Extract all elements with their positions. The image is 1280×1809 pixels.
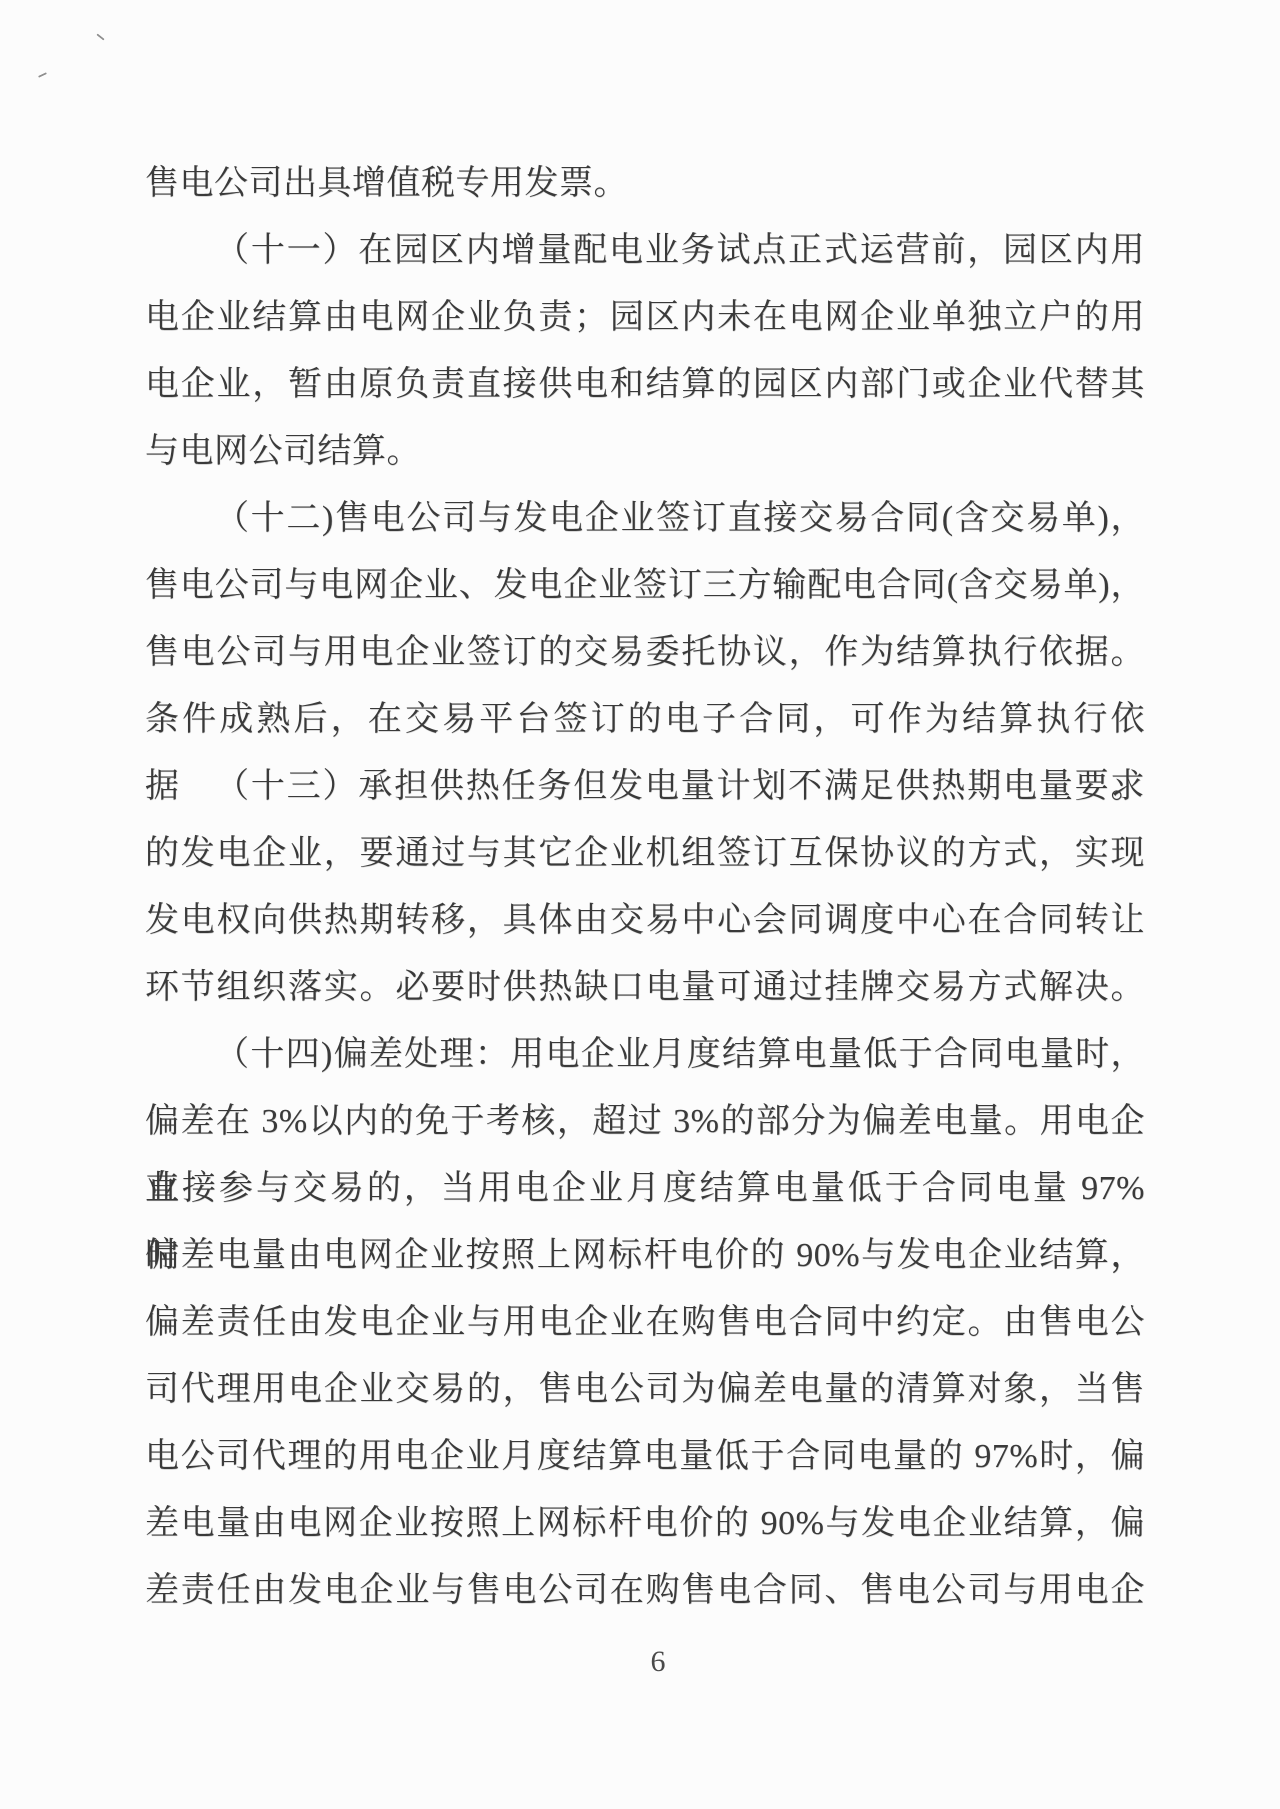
text-line-section-11: （十一）在园区内增量配电业务试点正式运营前，园区内用 (145, 217, 1145, 284)
text-line-section-12: （十二)售电公司与发电企业签订直接交易合同(含交易单)， (145, 485, 1145, 552)
text-line: 环节组织落实。必要时供热缺口电量可通过挂牌交易方式解决。 (145, 954, 1145, 1021)
text-line: 条件成熟后，在交易平台签订的电子合同，可作为结算执行依据。 (145, 686, 1145, 753)
document-page: 售电公司出具增值税专用发票。 （十一）在园区内增量配电业务试点正式运营前，园区内… (0, 0, 1280, 1809)
text-line: 电公司代理的用电企业月度结算电量低于合同电量的 97%时，偏 (145, 1423, 1145, 1490)
text-line: 电企业结算由电网企业负责；园区内未在电网企业单独立户的用 (145, 284, 1145, 351)
text-line: 的发电企业，要通过与其它企业机组签订互保协议的方式，实现 (145, 820, 1145, 887)
text-line: 售电公司与电网企业、发电企业签订三方输配电合同(含交易单)， (145, 552, 1145, 619)
text-line: 售电公司与用电企业签订的交易委托协议，作为结算执行依据。 (145, 619, 1145, 686)
scan-speck (96, 33, 104, 40)
text-line: 发电权向供热期转移，具体由交易中心会同调度中心在合同转让 (145, 887, 1145, 954)
scan-speck (38, 72, 47, 78)
text-line-section-14: （十四)偏差处理：用电企业月度结算电量低于合同电量时， (145, 1021, 1145, 1088)
text-line: 售电公司出具增值税专用发票。 (145, 150, 1145, 217)
text-line: 偏差在 3%以内的免于考核，超过 3%的部分为偏差电量。用电企业 (145, 1088, 1145, 1155)
text-line: 直接参与交易的，当用电企业月度结算电量低于合同电量 97%时， (145, 1155, 1145, 1222)
body-text: 售电公司出具增值税专用发票。 （十一）在园区内增量配电业务试点正式运营前，园区内… (145, 150, 1145, 1624)
text-line: 偏差电量由电网企业按照上网标杆电价的 90%与发电企业结算， (145, 1222, 1145, 1289)
text-line: 与电网公司结算。 (145, 418, 1145, 485)
text-line-section-13: （十三）承担供热任务但发电量计划不满足供热期电量要求 (145, 753, 1145, 820)
page-number: 6 (628, 1645, 688, 1679)
text-line: 偏差责任由发电企业与用电企业在购售电合同中约定。由售电公 (145, 1289, 1145, 1356)
text-line: 电企业，暂由原负责直接供电和结算的园区内部门或企业代替其 (145, 351, 1145, 418)
text-line: 差责任由发电企业与售电公司在购售电合同、售电公司与用电企 (145, 1557, 1145, 1624)
text-line: 司代理用电企业交易的，售电公司为偏差电量的清算对象，当售 (145, 1356, 1145, 1423)
text-line: 差电量由电网企业按照上网标杆电价的 90%与发电企业结算，偏 (145, 1490, 1145, 1557)
